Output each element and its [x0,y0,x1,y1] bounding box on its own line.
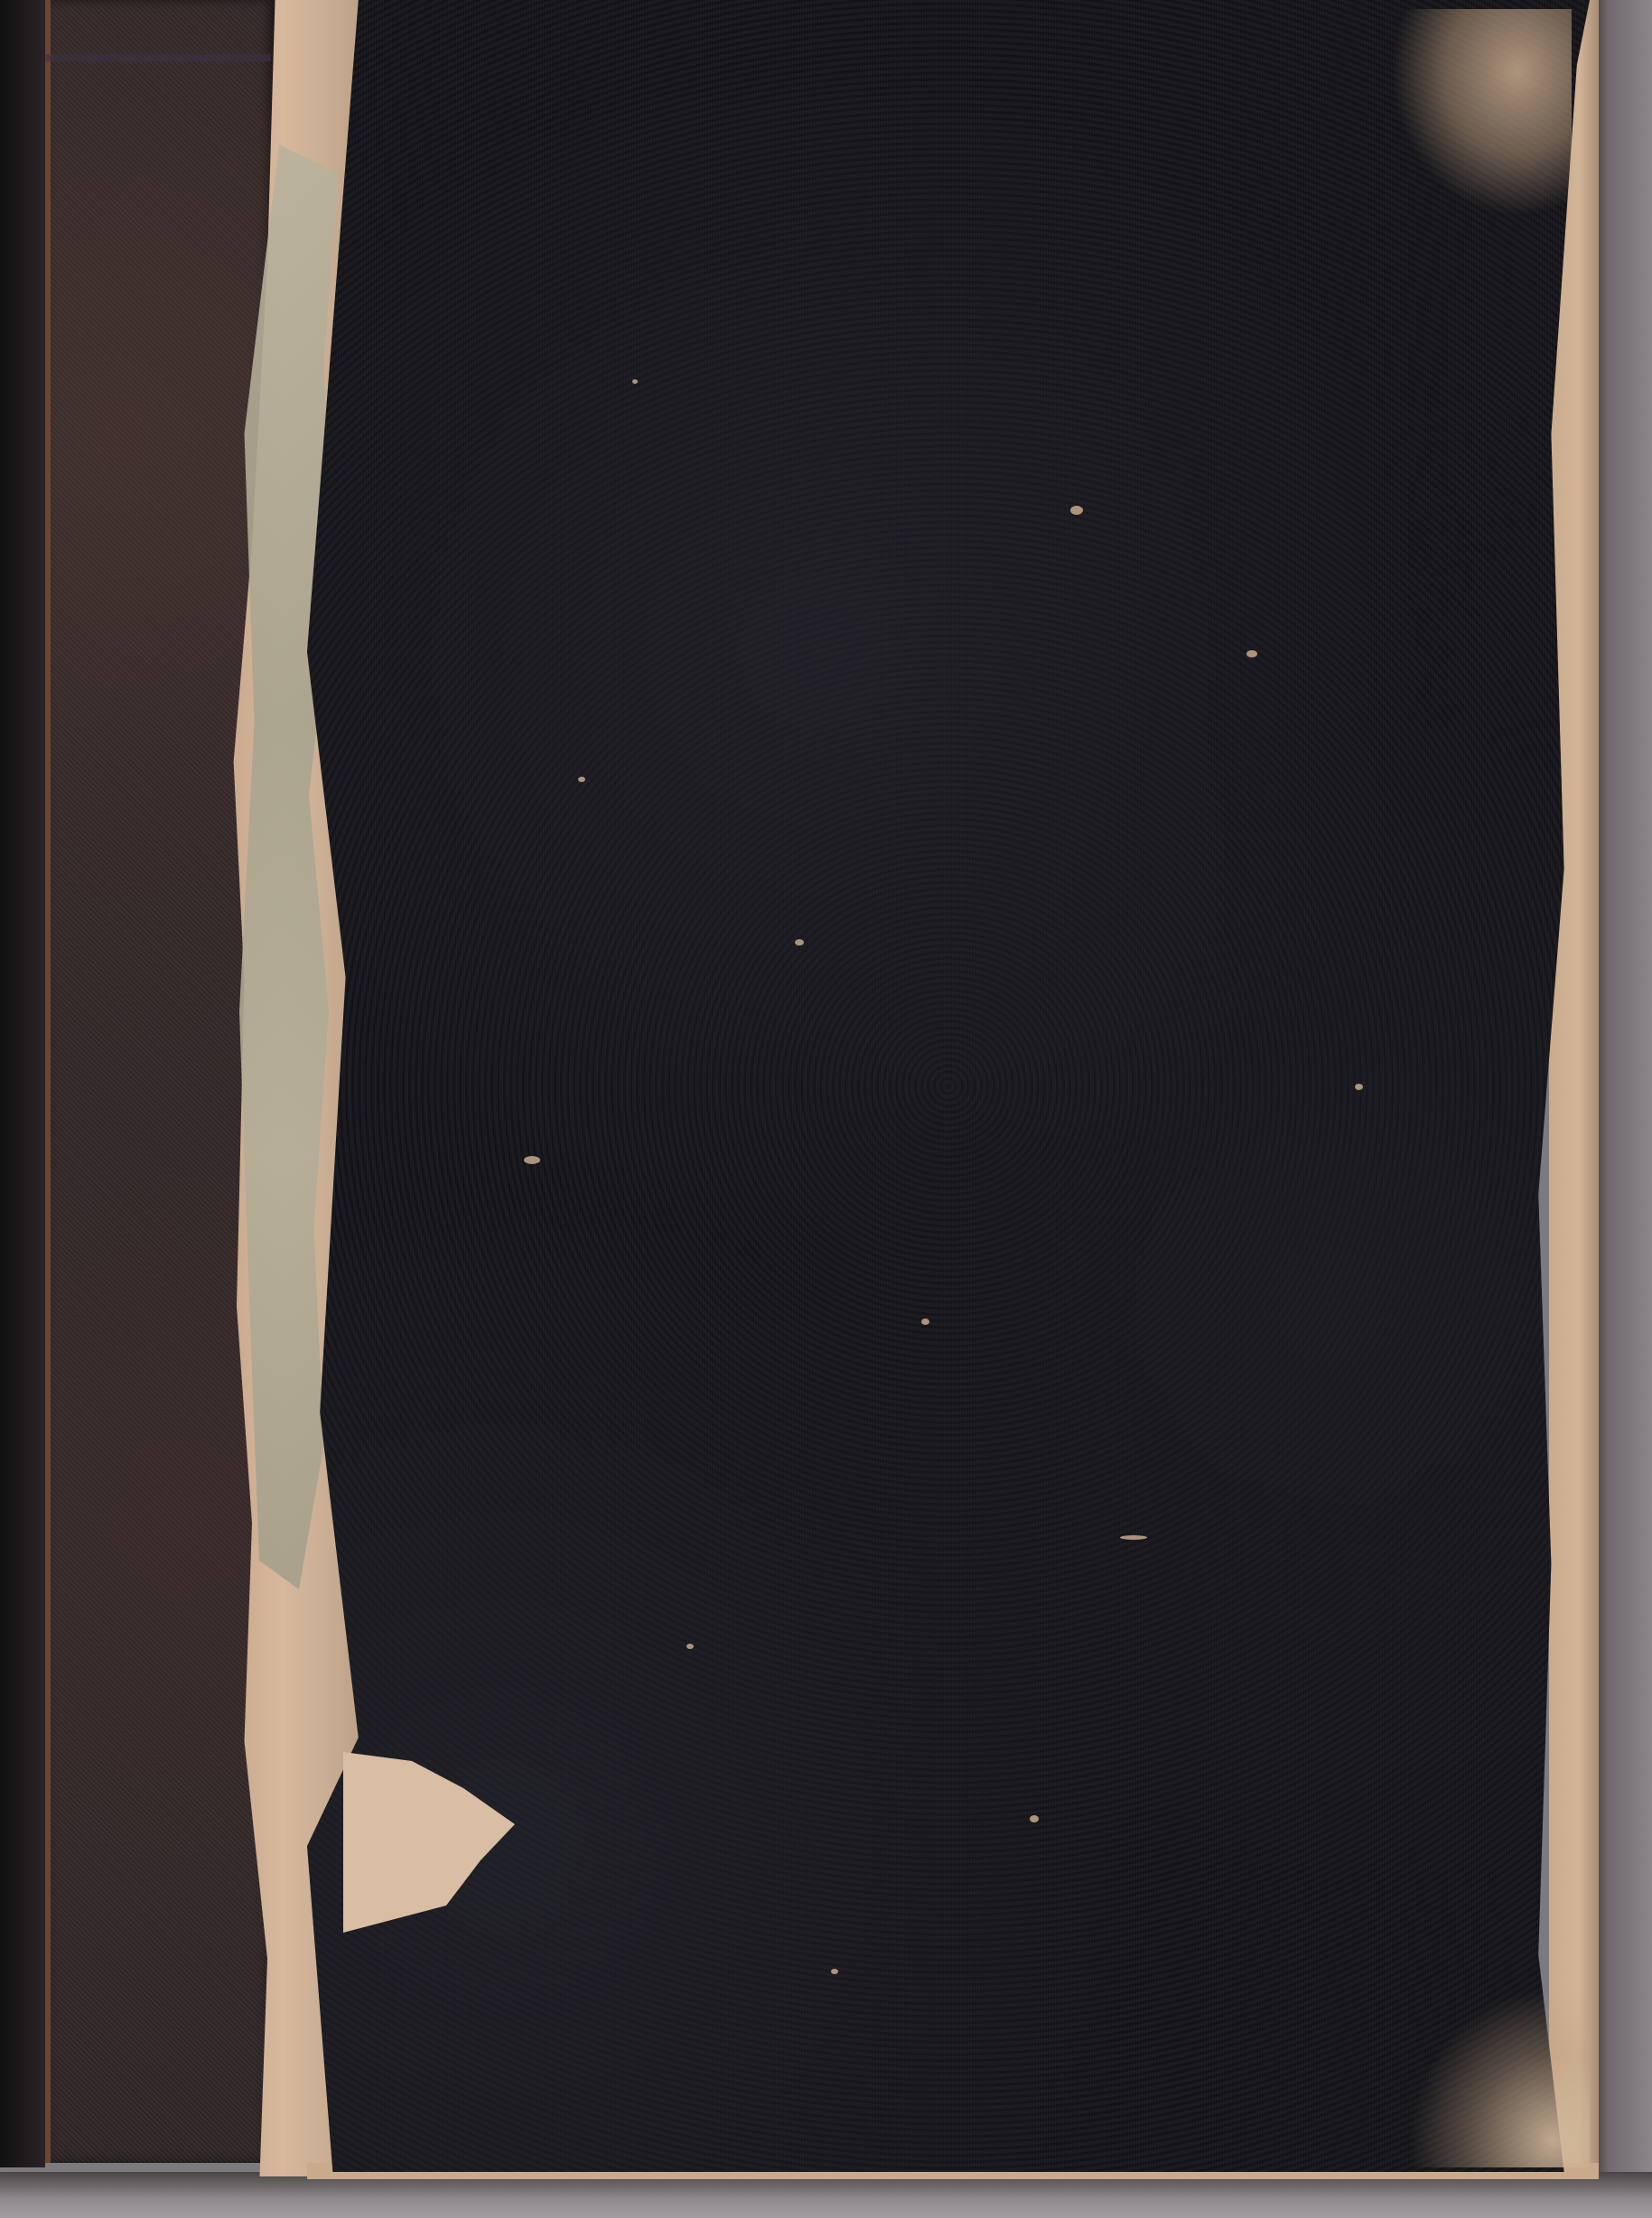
book [0,0,1599,2176]
worn-corner-bottom-right [1409,1987,1590,2167]
book-cover-photo [0,0,1652,2218]
cloth-cover-board [307,0,1590,2172]
scanner-background-right [1590,0,1652,2218]
spine-band [45,54,271,61]
spine-outer-edge [0,0,45,2167]
leather-spine [45,0,276,2163]
worn-corner-top-right [1391,9,1572,217]
